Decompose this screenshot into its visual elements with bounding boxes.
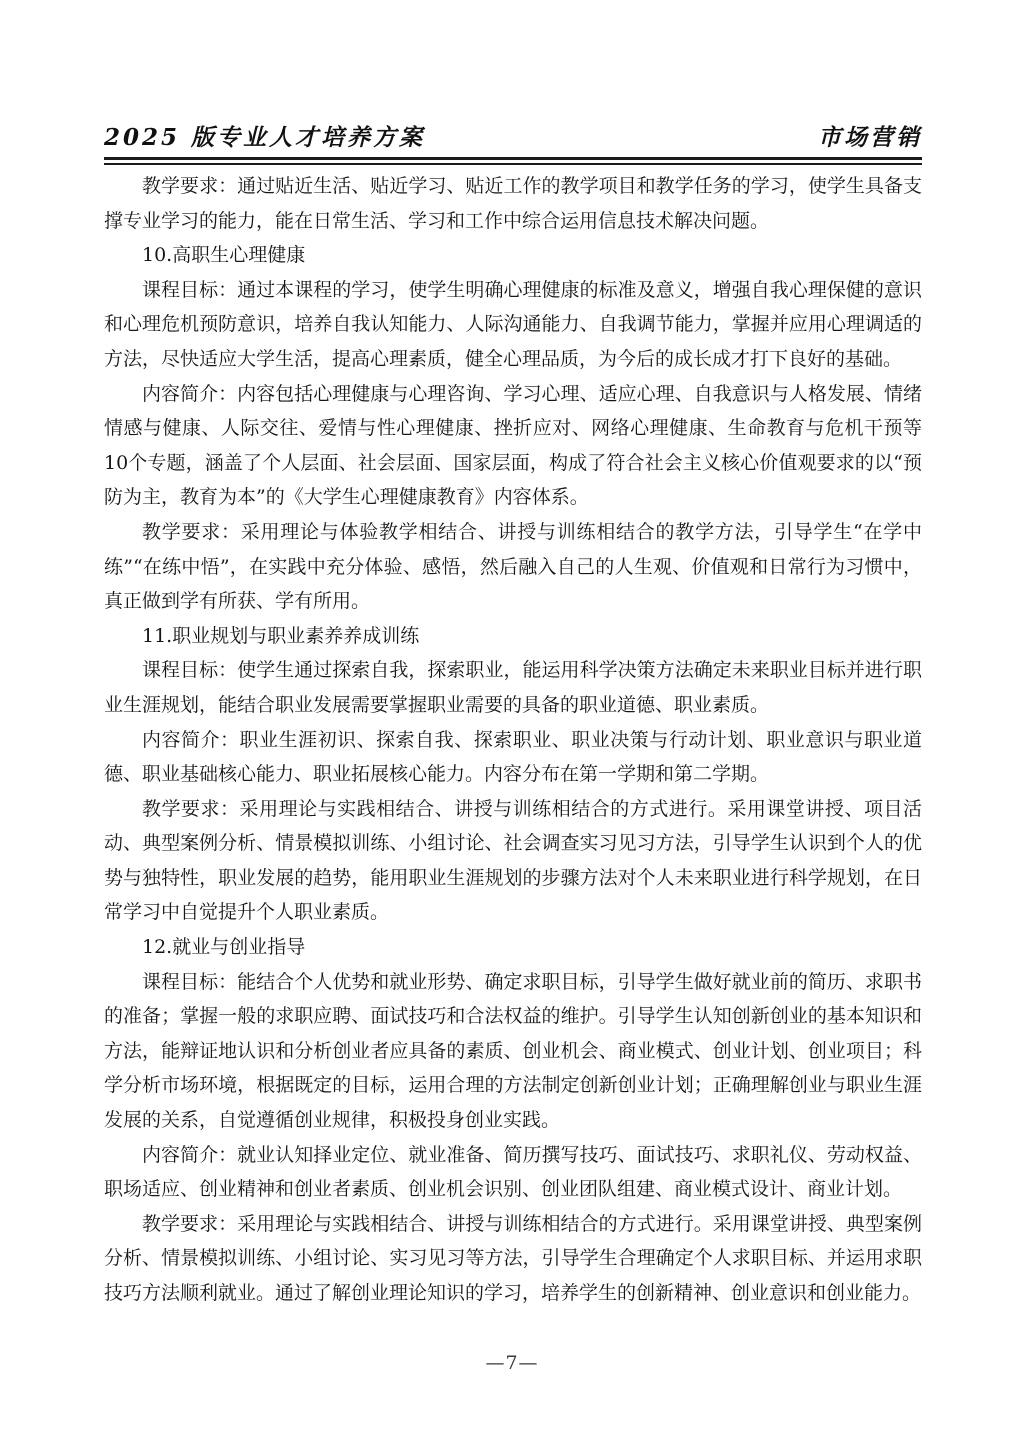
paragraph: 课程目标：通过本课程的学习，使学生明确心理健康的标准及意义，增强自我心理保健的意…	[104, 273, 922, 377]
page-header: 2025 版专业人才培养方案 市场营销	[104, 119, 922, 165]
section-heading: 12.就业与创业指导	[104, 930, 922, 965]
document-body: 教学要求：通过贴近生活、贴近学习、贴近工作的教学项目和教学任务的学习，使学生具备…	[104, 169, 922, 1311]
paragraph: 内容简介：职业生涯初识、探索自我、探索职业、职业决策与行动计划、职业意识与职业道…	[104, 723, 922, 792]
header-right-title: 市场营销	[818, 119, 922, 152]
header-divider	[104, 157, 922, 165]
page-footer: —7—	[0, 1352, 1024, 1374]
page-number: —7—	[485, 1352, 538, 1374]
paragraph: 教学要求：采用理论与体验教学相结合、讲授与训练相结合的教学方法，引导学生“在学中…	[104, 515, 922, 619]
document-page: 2025 版专业人才培养方案 市场营销 教学要求：通过贴近生活、贴近学习、贴近工…	[0, 0, 1024, 1448]
paragraph: 教学要求：采用理论与实践相结合、讲授与训练相结合的方式进行。采用课堂讲授、项目活…	[104, 792, 922, 930]
paragraph: 内容简介：就业认知择业定位、就业准备、简历撰写技巧、面试技巧、求职礼仪、劳动权益…	[104, 1138, 922, 1207]
paragraph: 课程目标：使学生通过探索自我，探索职业，能运用科学决策方法确定未来职业目标并进行…	[104, 653, 922, 722]
section-heading: 11.职业规划与职业素养养成训练	[104, 619, 922, 654]
section-heading: 10.高职生心理健康	[104, 238, 922, 273]
paragraph: 内容简介：内容包括心理健康与心理咨询、学习心理、适应心理、自我意识与人格发展、情…	[104, 377, 922, 515]
paragraph: 课程目标：能结合个人优势和就业形势、确定求职目标，引导学生做好就业前的简历、求职…	[104, 965, 922, 1138]
paragraph: 教学要求：采用理论与实践相结合、讲授与训练相结合的方式进行。采用课堂讲授、典型案…	[104, 1207, 922, 1311]
paragraph: 教学要求：通过贴近生活、贴近学习、贴近工作的教学项目和教学任务的学习，使学生具备…	[104, 169, 922, 238]
header-left-title: 2025 版专业人才培养方案	[104, 119, 425, 152]
